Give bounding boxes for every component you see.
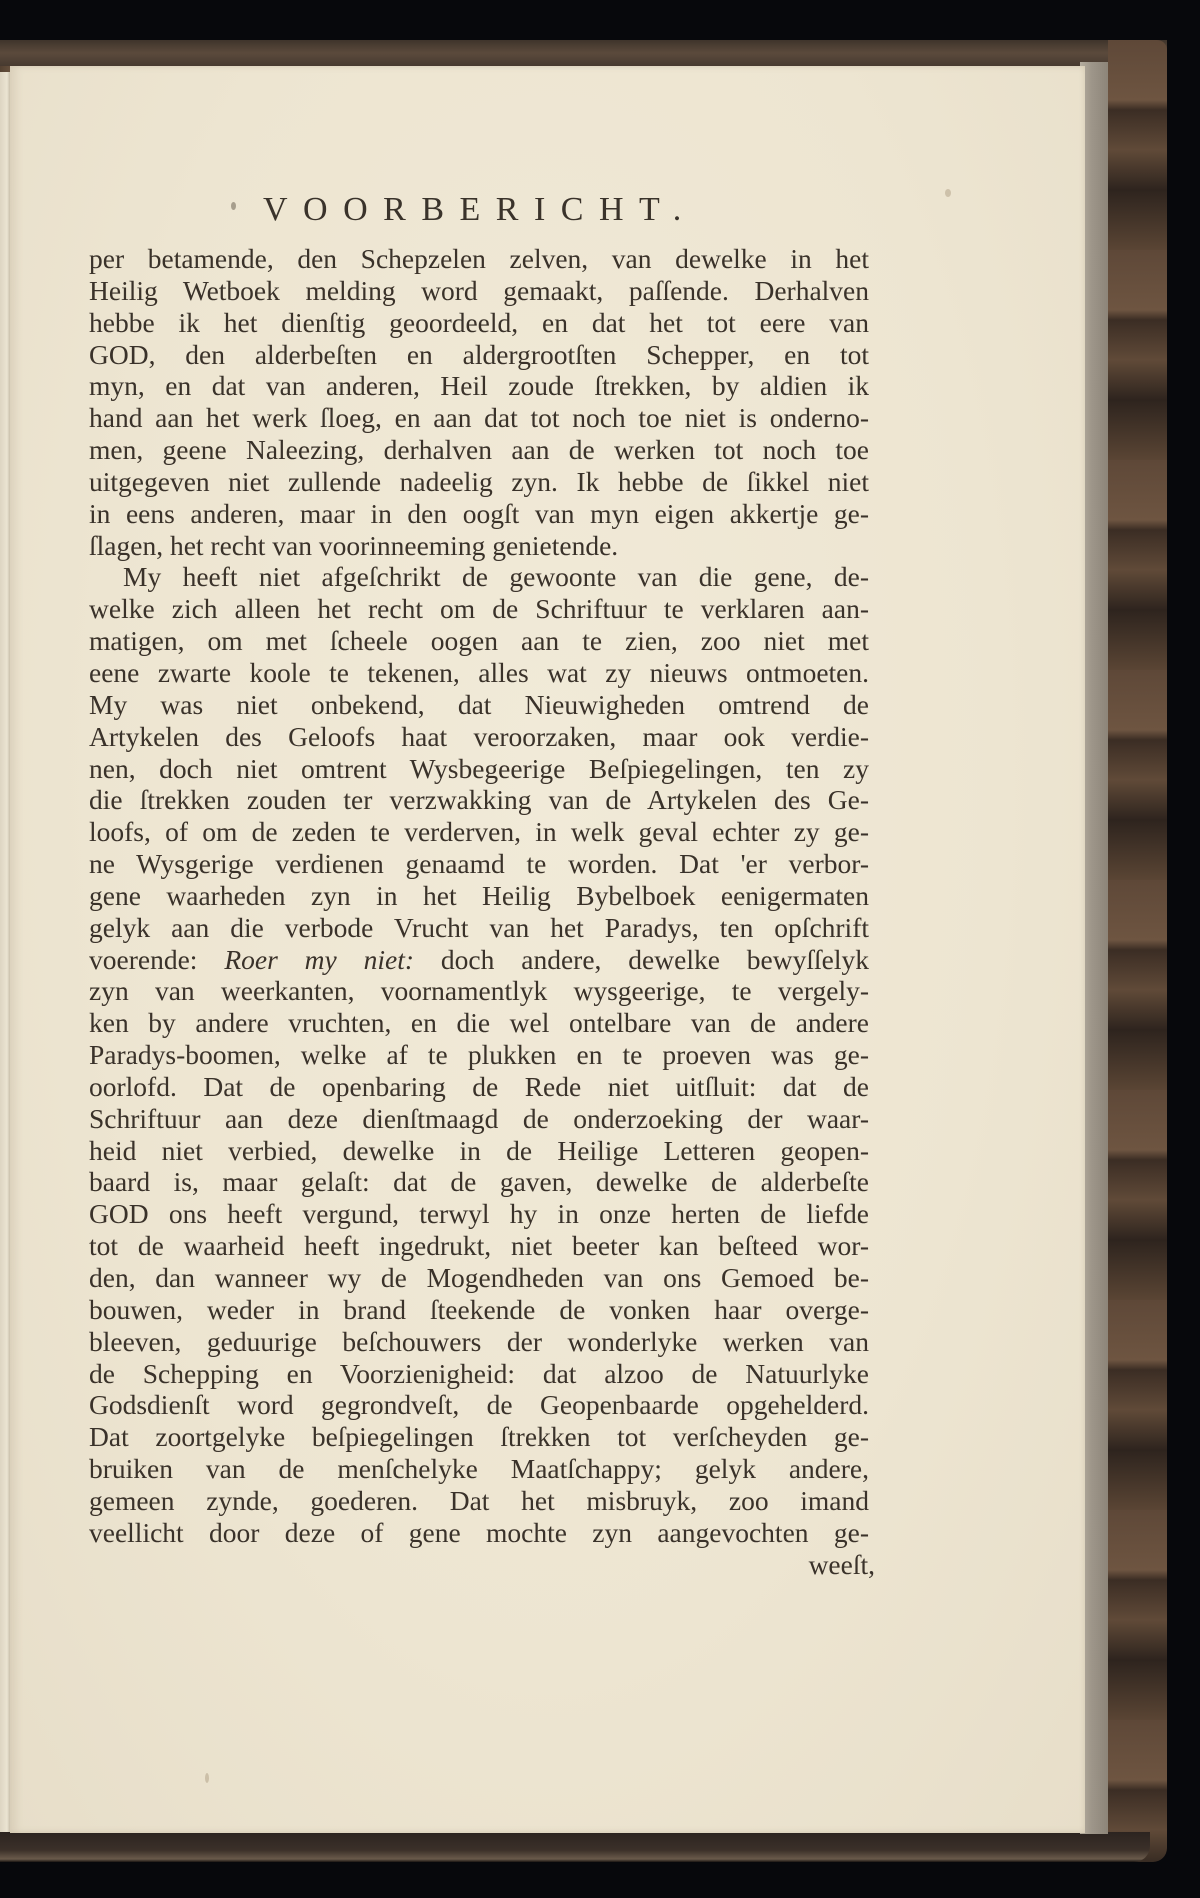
page-heading: VOORBERICHT. xyxy=(263,192,693,228)
paper-blemish xyxy=(945,189,951,197)
text-fragment: voerende: xyxy=(89,944,224,975)
cover-fore-edge xyxy=(1108,40,1167,1862)
ink-speck xyxy=(231,202,236,210)
text-line: Godsdienſt word gegrondveſt, de Geopenba… xyxy=(89,1389,869,1421)
text-line: die ſtrekken zouden ter verzwakking van … xyxy=(89,784,869,816)
text-line: baard is, maar gelaſt: dat de gaven, dew… xyxy=(89,1166,869,1198)
body-text: per betamende, den Schepzelen zelven, va… xyxy=(89,243,869,1580)
text-line: de Schepping en Voorzienigheid: dat alzo… xyxy=(89,1358,869,1390)
text-line: loofs, of om de zeden te verderven, in w… xyxy=(89,816,869,848)
text-line: hand aan het werk ſloeg, en aan dat tot … xyxy=(89,402,869,434)
text-line: per betamende, den Schepzelen zelven, va… xyxy=(89,243,869,275)
text-line: gene waarheden zyn in het Heilig Bybelbo… xyxy=(89,880,869,912)
text-line: GOD ons heeft vergund, terwyl hy in onze… xyxy=(89,1198,869,1230)
previous-page-edge xyxy=(0,72,10,1832)
text-line: men, geene Naleezing, derhalven aan de w… xyxy=(89,434,869,466)
text-line: Paradys-boomen, welke af te plukken en t… xyxy=(89,1039,869,1071)
text-line: tot de waarheid heeft ingedrukt, niet be… xyxy=(89,1230,869,1262)
catchword: weeſt, xyxy=(89,1549,875,1581)
text-line: Heilig Wetboek melding word gemaakt, paſ… xyxy=(89,275,869,307)
text-line: den, dan wanneer wy de Mogendheden van o… xyxy=(89,1262,869,1294)
text-line: eene zwarte koole te tekenen, alles wat … xyxy=(89,657,869,689)
text-line: Dat zoortgelyke beſpiegelingen ſtrekken … xyxy=(89,1421,869,1453)
paper-blemish xyxy=(205,1773,209,1783)
text-line: nen, doch niet omtrent Wysbegeerige Beſp… xyxy=(89,753,869,785)
text-line: ne Wysgerige verdienen genaamd te worden… xyxy=(89,848,869,880)
cover-top-edge xyxy=(0,40,1167,66)
italic-quote: Roer my niet: xyxy=(224,944,414,975)
text-line: ken by andere vruchten, en die wel ontel… xyxy=(89,1007,869,1039)
text-line: bleeven, geduurige beſchouwers der wonde… xyxy=(89,1326,869,1358)
text-line: matigen, om met ſcheele oogen aan te zie… xyxy=(89,625,869,657)
text-line: gemeen zynde, goederen. Dat het misbruyk… xyxy=(89,1485,869,1517)
text-line: bouwen, weder in brand ſteekende de vonk… xyxy=(89,1294,869,1326)
text-line: GOD, den alderbeſten en aldergrootſten S… xyxy=(89,339,869,371)
book-scan: VOORBERICHT. per betamende, den Schepzel… xyxy=(0,0,1200,1898)
text-fragment: doch andere, dewelke bewyſſelyk xyxy=(414,944,869,975)
text-line: voerende: Roer my niet: doch andere, dew… xyxy=(89,944,869,976)
text-line: Artykelen des Geloofs haat veroorzaken, … xyxy=(89,721,869,753)
text-line: My heeft niet afgeſchrikt de gewoonte va… xyxy=(89,561,869,593)
text-line: hebbe ik het dienſtig geoordeeld, en dat… xyxy=(89,307,869,339)
text-line: My was niet onbekend, dat Nieuwigheden o… xyxy=(89,689,869,721)
text-line: in eens anderen, maar in den oogſt van m… xyxy=(89,498,869,530)
text-line: Schriftuur aan deze dienſtmaagd de onder… xyxy=(89,1103,869,1135)
text-line: gelyk aan die verbode Vrucht van het Par… xyxy=(89,912,869,944)
text-line: heid niet verbied, dewelke in de Heilige… xyxy=(89,1135,869,1167)
text-line: zyn van weerkanten, voornamentlyk wysgee… xyxy=(89,975,869,1007)
text-line: welke zich alleen het recht om de Schrif… xyxy=(89,593,869,625)
text-line: oorlofd. Dat de openbaring de Rede niet … xyxy=(89,1071,869,1103)
text-line: myn, en dat van anderen, Heil zoude ſtre… xyxy=(89,370,869,402)
text-line: veellicht door deze of gene mochte zyn a… xyxy=(89,1517,869,1549)
cover-bottom-edge xyxy=(0,1832,1150,1862)
text-line: uitgegeven niet zullende nadeelig zyn. I… xyxy=(89,466,869,498)
text-line: ſlagen, het recht van voorinneeming geni… xyxy=(89,530,869,562)
text-line: bruiken van de menſchelyke Maatſchappy; … xyxy=(89,1453,869,1485)
